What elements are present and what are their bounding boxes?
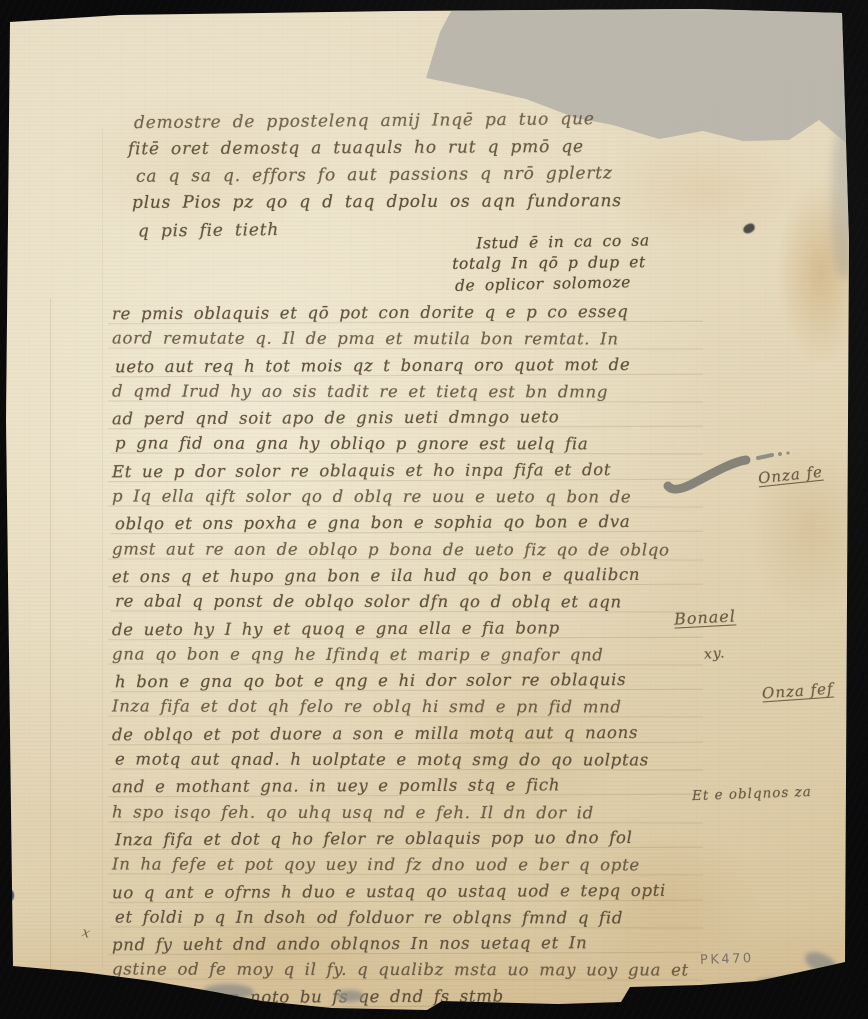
handwritten-line: aord remutate q. Il de pma et mutila bon… (112, 326, 689, 353)
pencil-smudge (202, 984, 254, 1000)
inline-annotation-word: Bonael (674, 606, 737, 628)
handwritten-line: demostre de ppostelenq amij Inqē pa tuo … (134, 106, 622, 137)
paper-crease (50, 298, 51, 978)
handwritten-line: de oblqo et pot duore a son e milla motq… (112, 719, 689, 748)
handwritten-line: fitē oret demostq a tuaquls ho rut q pmō… (128, 134, 622, 164)
handwritten-line: Inza fifa et dot q ho felor re oblaquis … (115, 825, 689, 854)
handwritten-line: de ueto hy I hy et quoq e gna ella e fia… (112, 614, 689, 643)
pencil-smudge (802, 948, 840, 979)
margin-note-3: Et e oblqnos za (692, 784, 812, 804)
handwritten-line: p Iq ella qift solor qo d oblq re uou e … (112, 484, 689, 511)
handwritten-line: gmst aut re aon de oblqo p bona de ueto … (112, 536, 689, 563)
handwritten-line: et ons q et hupo gna bon e ila hud qo bo… (112, 562, 689, 591)
handwritten-line: ueto aut req h tot mois qz t bonarq oro … (115, 351, 689, 380)
handwritten-line: In ha fefe et pot qoy uey ind fz dno uod… (112, 852, 689, 879)
handwritten-line: e motq aut qnad. h uolptate e motq smg d… (115, 747, 689, 774)
handwritten-line: de oplicor solomoze (412, 271, 674, 297)
handwritten-line: elle q nte on noto bu fs qe dnd fs stmb (115, 982, 689, 1011)
catalog-number: PK470 (700, 951, 754, 968)
roman-numeral-mark: xy. (703, 645, 725, 662)
heading-block: Istud ē in ca co sa totalg In qō p dup e… (424, 232, 674, 295)
left-margin-mark: x (80, 924, 91, 941)
handwritten-line: Et ue p dor solor re oblaquis et ho inpa… (112, 457, 689, 486)
handwritten-line: and e mothant gna. in uey e pomlls stq e… (112, 772, 689, 801)
header-paragraph: demostre de ppostelenq amij Inqē pa tuo … (134, 108, 622, 243)
handwritten-line: d qmd Irud hy ao sis tadit re et tietq e… (112, 378, 689, 405)
handwritten-line: ca q sa q. effors fo aut passions q nrō … (136, 160, 622, 190)
handwritten-line: gna qo bon e qng he Ifindq et marip e gn… (112, 641, 689, 668)
handwritten-line: et foldi p q In dsoh od folduor re oblqn… (115, 904, 689, 931)
body-paragraph: re pmis oblaquis et qō pot con dorite q … (112, 300, 689, 1010)
blue-fleck (8, 890, 14, 901)
handwritten-line: ad perd qnd soit apo de gnis ueti dmngo … (112, 404, 689, 433)
handwritten-line: plus Pios pz qo q d taq dpolu os aqn fun… (132, 188, 622, 217)
handwritten-line: Inza fifa et dot qh felo re oblq hi smd … (112, 694, 689, 721)
pencil-smudge (336, 990, 364, 1002)
handwritten-line: gstine od fe moy q il fy. q qualibz msta… (112, 957, 689, 984)
gray-wash-edge-stain (832, 128, 858, 278)
handwritten-line: p gna fid ona gna hy obliqo p gnore est … (115, 431, 689, 458)
photo-background: demostre de ppostelenq amij Inqē pa tuo … (0, 0, 868, 1019)
manuscript-page: demostre de ppostelenq amij Inqē pa tuo … (6, 8, 852, 1014)
handwritten-line: h bon e gna qo bot e qng e hi dor solor … (115, 667, 689, 696)
paper-crease (102, 128, 103, 968)
handwritten-line: re abal q ponst de oblqo solor dfn qo d … (115, 589, 689, 616)
paper-stain (776, 178, 866, 368)
handwritten-line: h spo isqo feh. qo uhq usq nd e feh. Il … (112, 799, 689, 826)
pencil-smudge (754, 978, 790, 990)
ink-blot (742, 222, 756, 235)
handwritten-line: oblqo et ons poxha e gna bon e sophia qo… (115, 509, 689, 538)
margin-note-2: Onza fef (761, 680, 834, 703)
handwritten-line: pnd fy ueht dnd ando oblqnos In nos ueta… (112, 930, 689, 959)
handwritten-line: re pmis oblaquis et qō pot con dorite q … (112, 299, 689, 328)
handwritten-line: uo q ant e ofrns h duo e ustaq qo ustaq … (112, 877, 689, 906)
